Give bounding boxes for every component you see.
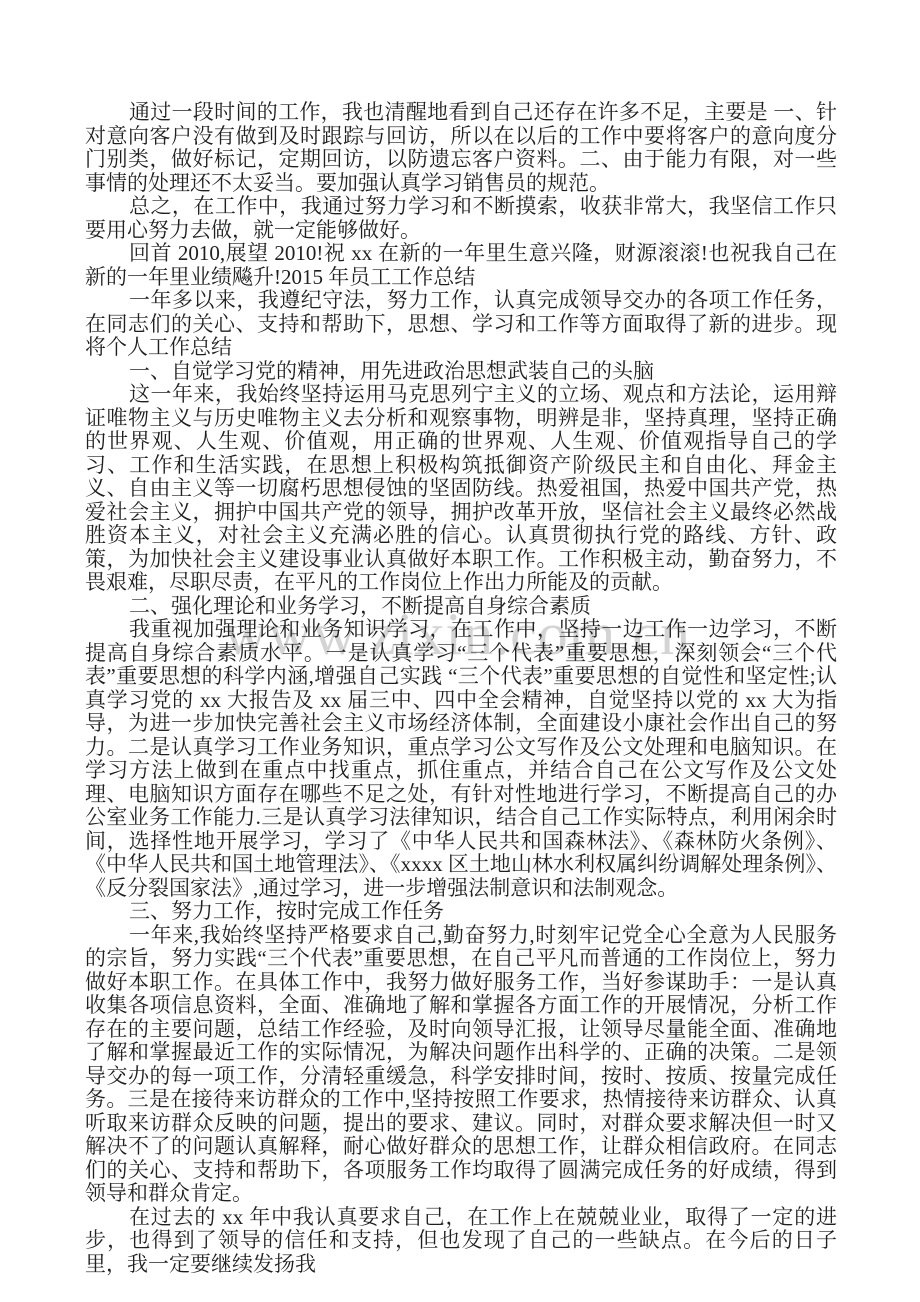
section-heading-1: 一、自觉学习党的精神，用先进政治思想武装自己的头脑	[85, 360, 837, 384]
paragraph-intro: 一年多以来，我遵纪守法，努力工作，认真完成领导交办的各项工作任务，在同志们的关心…	[85, 289, 837, 360]
paragraph-closing: 在过去的 xx 年中我认真要求自己，在工作上在兢兢业业，取得了一定的进步，也得到…	[85, 1206, 837, 1277]
paragraph-new-year-wishes: 回首 2010,展望 2010!祝 xx 在新的一年里生意兴隆，财源滚滚!也祝我…	[85, 242, 837, 289]
paragraph-section-2-body: 我重视加强理论和业务知识学习，在工作中，坚持一边工作一边学习，不断提高自身综合素…	[85, 618, 837, 900]
document-page: www.zixin.com.cn 通过一段时间的工作，我也清醒地看到自己还存在许…	[0, 0, 920, 1302]
paragraph-summary: 总之，在工作中，我通过努力学习和不断摸索，收获非常大，我坚信工作只要用心努力去做…	[85, 195, 837, 242]
paragraph-section-1-body: 这一年来，我始终坚持运用马克思列宁主义的立场、观点和方法论，运用辩证唯物主义与历…	[85, 383, 837, 595]
paragraph-shortcomings: 通过一段时间的工作，我也清醒地看到自己还存在许多不足，主要是 一、针对意向客户没…	[85, 101, 837, 195]
section-heading-3: 三、努力工作，按时完成工作任务	[85, 900, 837, 924]
section-heading-2: 二、强化理论和业务学习，不断提高自身综合素质	[85, 595, 837, 619]
paragraph-section-3-body: 一年来,我始终坚持严格要求自己,勤奋努力,时刻牢记党全心全意为人民服务的宗旨，努…	[85, 924, 837, 1206]
document-body: 通过一段时间的工作，我也清醒地看到自己还存在许多不足，主要是 一、针对意向客户没…	[85, 101, 837, 1276]
